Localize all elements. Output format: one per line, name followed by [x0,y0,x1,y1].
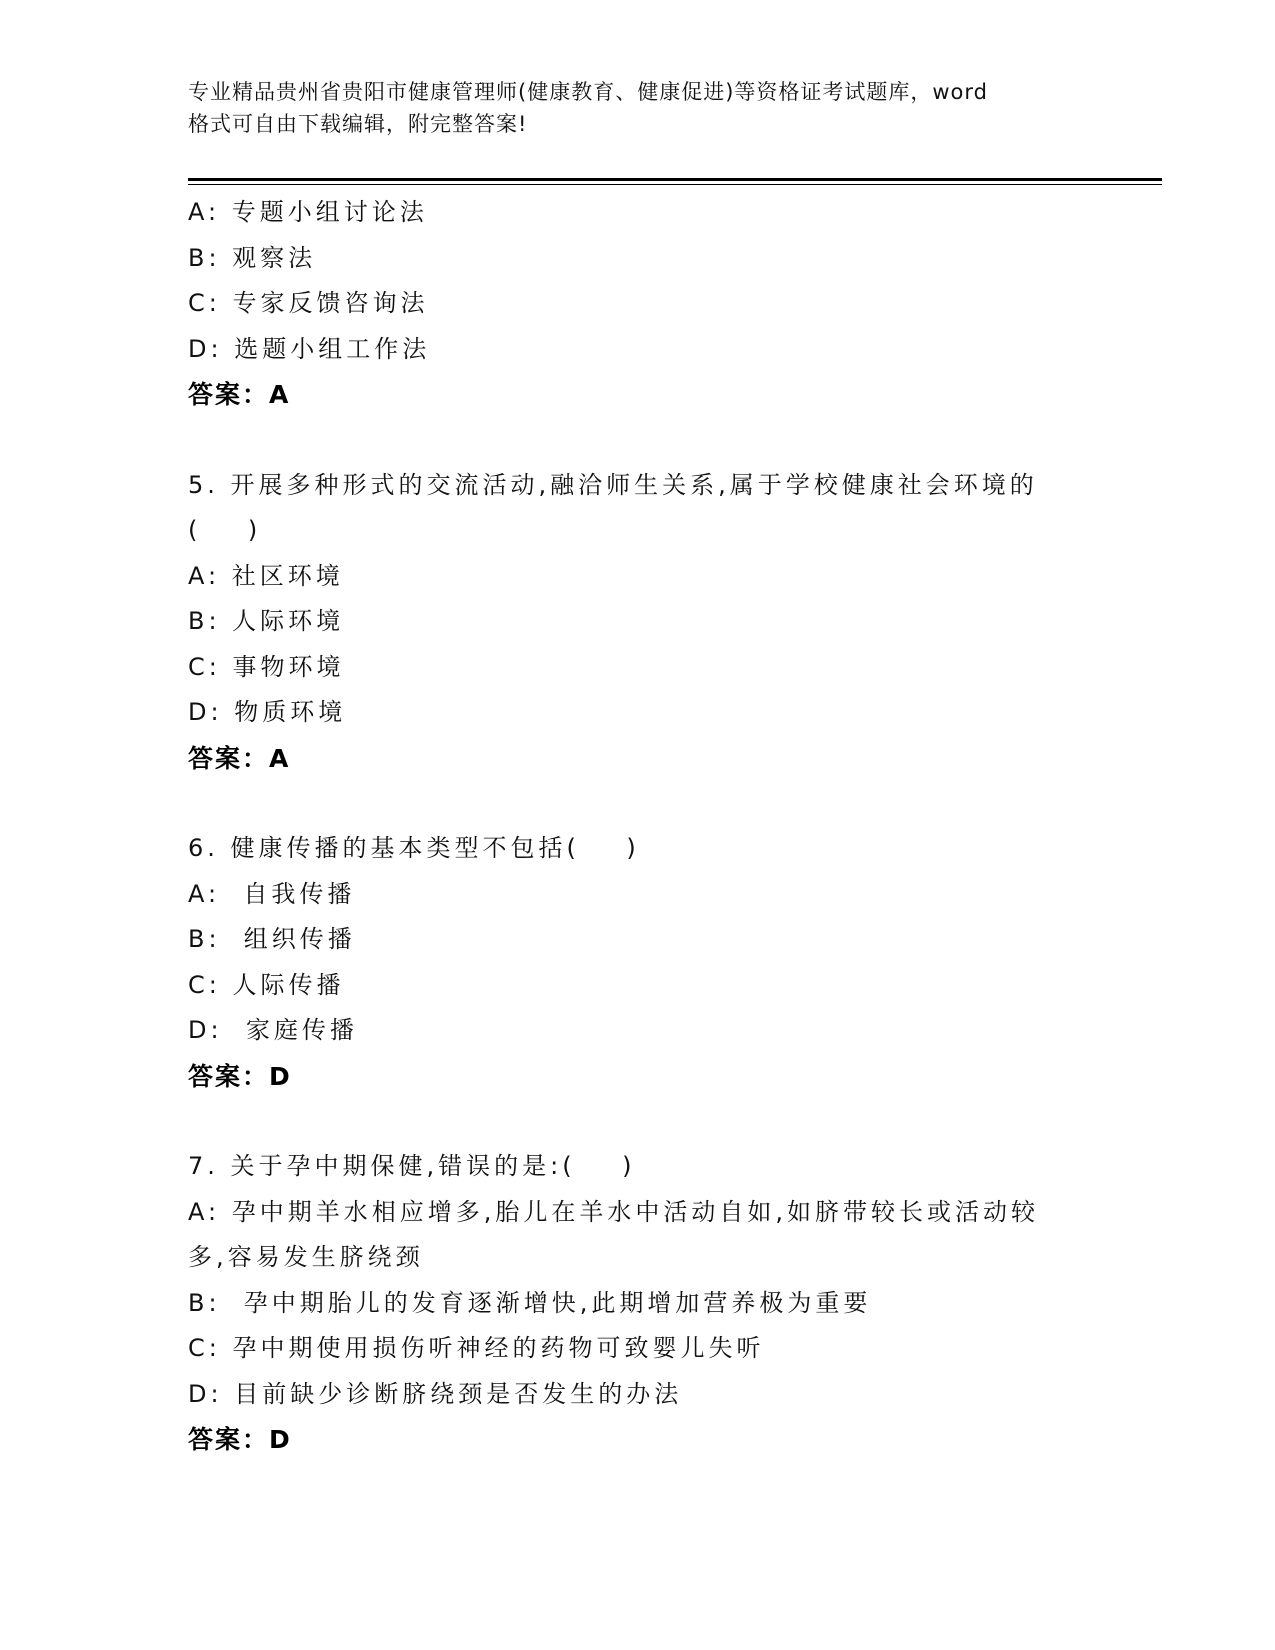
answer-line: 答案：D [188,1417,1088,1463]
option-d: D: 选题小组工作法 [188,327,1088,373]
option-a: A: 社区环境 [188,554,1088,600]
option-a-continued: 多,容易发生脐绕颈 [188,1235,1088,1281]
option-d: D: 家庭传播 [188,1008,1088,1054]
question-stem: 7. 关于孕中期保健,错误的是:( ) [188,1144,1088,1190]
document-header: 专业精品贵州省贵阳市健康管理师(健康教育、健康促进)等资格证考试题库，word … [188,76,1118,140]
header-line-2: 格式可自由下载编辑，附完整答案! [188,108,1118,140]
option-b: B: 孕中期胎儿的发育逐渐增快,此期增加营养极为重要 [188,1281,1088,1327]
option-c: C: 孕中期使用损伤听神经的药物可致婴儿失听 [188,1326,1088,1372]
answer-line: 答案：A [188,736,1088,782]
question-stem: 6. 健康传播的基本类型不包括( ) [188,826,1088,872]
option-d: D: 物质环境 [188,690,1088,736]
question-6: 6. 健康传播的基本类型不包括( ) A: 自我传播 B: 组织传播 C: 人际… [188,826,1088,1099]
option-a: A: 专题小组讨论法 [188,190,1088,236]
option-c: C: 专家反馈咨询法 [188,281,1088,327]
option-a: A: 孕中期羊水相应增多,胎儿在羊水中活动自如,如脐带较长或活动较 [188,1190,1088,1236]
header-line-1: 专业精品贵州省贵阳市健康管理师(健康教育、健康促进)等资格证考试题库，word [188,76,1118,108]
question-7: 7. 关于孕中期保健,错误的是:( ) A: 孕中期羊水相应增多,胎儿在羊水中活… [188,1144,1088,1463]
option-b: B: 观察法 [188,236,1088,282]
question-4: A: 专题小组讨论法 B: 观察法 C: 专家反馈咨询法 D: 选题小组工作法 … [188,190,1088,418]
option-d: D: 目前缺少诊断脐绕颈是否发生的办法 [188,1372,1088,1418]
spacer [188,1099,1088,1144]
question-list: A: 专题小组讨论法 B: 观察法 C: 专家反馈咨询法 D: 选题小组工作法 … [188,190,1088,1463]
question-stem: 5. 开展多种形式的交流活动,融洽师生关系,属于学校健康社会环境的 [188,463,1088,509]
option-b: B: 组织传播 [188,917,1088,963]
question-5: 5. 开展多种形式的交流活动,融洽师生关系,属于学校健康社会环境的 ( ) A:… [188,463,1088,782]
question-stem-blank: ( ) [188,508,1088,554]
option-b: B: 人际环境 [188,599,1088,645]
spacer [188,781,1088,826]
spacer [188,418,1088,463]
header-divider-thin [188,184,1162,185]
option-c: C: 事物环境 [188,645,1088,691]
answer-line: 答案：A [188,372,1088,418]
option-a: A: 自我传播 [188,872,1088,918]
answer-line: 答案：D [188,1054,1088,1100]
header-divider-thick [188,178,1162,181]
option-c: C: 人际传播 [188,963,1088,1009]
